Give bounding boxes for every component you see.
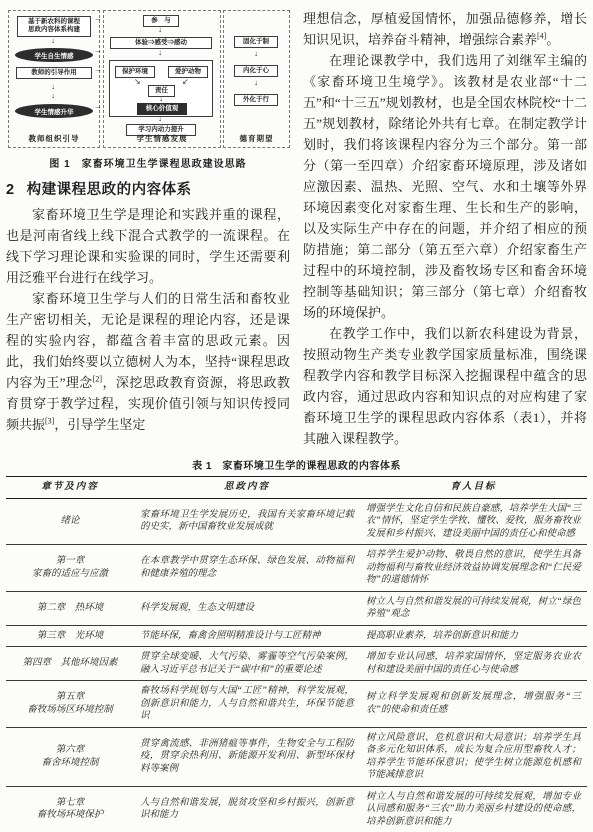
- arrow-right-icon: →: [94, 103, 102, 111]
- paragraph-text: 。: [546, 32, 559, 47]
- arrow-down-icon: ↓: [51, 92, 55, 100]
- cell-ideology-content: 节能环保，畜禽舍照明精准设计与工匠精神: [134, 625, 360, 647]
- table-title: 表 1 家畜环境卫生学的课程思政的内容体系: [6, 457, 587, 472]
- col-header-ideology-content: 思政内容: [134, 477, 360, 499]
- table-row: 绪论 家畜环境卫生学发展历史，我国有关家畜环境记载的史实，新中国畜牧业发展成就 …: [6, 498, 587, 545]
- arrow-diagonal-icon: ↙: [182, 78, 189, 86]
- section-label-student-emotion: 学生情感发展: [104, 133, 220, 144]
- arrow-down-icon: ↓: [254, 79, 258, 87]
- citation-ref: [4]: [537, 32, 546, 41]
- figure-caption: 图 1 家畜环境卫生学课程思政建设思路: [6, 155, 290, 170]
- body-paragraph: 家畜环境卫生学与人们的日常生活和畜牧业生产密切相关，无论是课程的理论内容，还是课…: [6, 288, 290, 435]
- citation-ref: [3]: [45, 417, 54, 426]
- section-label-teacher-guidance: 教师组织引导: [9, 133, 99, 144]
- cell-chapter: 绪论: [6, 498, 134, 545]
- cell-ideology-content: 人与自然和谐发展，脱贫攻坚和乡村振兴，创新意识和能力: [134, 786, 360, 832]
- figure-1-diagram: 基于新农科的课程 思政内容体系构建 ↓ 学生自生情感 教师的引导作用 ↓ ↓ 学…: [6, 8, 290, 150]
- right-column: 理想信念，厚植爱国情怀，加强品德修养，增长知识见识，培养奋斗精神，增强综合素养[…: [303, 8, 587, 449]
- node-student-emotion-sublimation: 学生情感升华: [15, 104, 93, 118]
- arrow-right-icon: →: [94, 66, 102, 74]
- body-paragraph: 在教学工作中，我们以新农科建设为背景，按照动物生产类专业教学国家质量标准，围绕课…: [303, 323, 587, 449]
- section-number: 2: [6, 182, 15, 198]
- body-paragraph: 家畜环境卫生学是理论和实践并重的课程，也是河南省线上线下混合式教学的一流课程。在…: [6, 204, 290, 288]
- arrow-down-icon: ↓: [51, 83, 55, 91]
- cell-ideology-content: 在本章教学中贯穿生态环保、绿色发展、动物福利和健康养殖的理念: [134, 545, 360, 592]
- cell-education-goal: 培养学生爱护动物、敬畏自然的意识，使学生具备动物福利与畜牧业经济效益协调发展理念…: [360, 545, 587, 592]
- paper-page: 基于新农科的课程 思政内容体系构建 ↓ 学生自生情感 教师的引导作用 ↓ ↓ 学…: [0, 0, 593, 832]
- table-header-row: 章节及内容 思政内容 育人目标: [6, 477, 587, 499]
- arrow-right-icon: →: [94, 47, 102, 55]
- figure-1: 基于新农科的课程 思政内容体系构建 ↓ 学生自生情感 教师的引导作用 ↓ ↓ 学…: [6, 8, 290, 170]
- cell-chapter: 第一章 家畜的适应与应激: [6, 545, 134, 592]
- col-header-chapter: 章节及内容: [6, 477, 134, 499]
- cell-education-goal: 增强学生文化自信和民族自豪感，培养学生大国“三农”情怀，坚定学生学牧、懂牧、爱牧…: [360, 498, 587, 545]
- col-header-education-goal: 育人目标: [360, 477, 587, 499]
- arrow-down-icon: ↓: [158, 115, 162, 123]
- cell-ideology-content: 家畜环境卫生学发展历史，我国有关家畜环境记载的史实，新中国畜牧业发展成就: [134, 498, 360, 545]
- cell-chapter: 第三章 光环境: [6, 625, 134, 647]
- cell-ideology-content: 科学发展观，生态文明建设: [134, 591, 360, 625]
- cell-education-goal: 树立科学发展观和创新发展理念，增强服务“三农”的使命和责任感: [360, 681, 587, 728]
- table-row: 第五章 畜牧场场区环境控制 畜牧场科学规划与大国“工匠”精神，科学发展观，创新意…: [6, 681, 587, 728]
- node-core-values: 核心价值观: [137, 103, 187, 115]
- node-solidify-in-system: 固化于制: [234, 36, 278, 48]
- arrow-down-icon: ↓: [254, 50, 258, 58]
- cell-education-goal: 树立人与自然和谐发展的可持续发展观，树立“绿色养殖”观念: [360, 591, 587, 625]
- section-heading: 2构建课程思政的内容体系: [6, 178, 290, 199]
- node-teacher-guide-role: 教师的引导作用: [16, 67, 92, 79]
- left-column: 基于新农科的课程 思政内容体系构建 ↓ 学生自生情感 教师的引导作用 ↓ ↓ 学…: [6, 8, 290, 449]
- section-title: 构建课程思政的内容体系: [27, 182, 192, 198]
- table-row: 第二章 热环境 科学发展观，生态文明建设 树立人与自然和谐发展的可持续发展观，树…: [6, 591, 587, 625]
- table-1: 章节及内容 思政内容 育人目标 绪论 家畜环境卫生学发展历史，我国有关家畜环境记…: [6, 476, 587, 832]
- cell-education-goal: 树立风险意识、危机意识和大局意识；培养学生具备多元化知识体系，成长为复合应用型畜…: [360, 727, 587, 786]
- cell-chapter: 第五章 畜牧场场区环境控制: [6, 681, 134, 728]
- paragraph-text: ，引导学生坚定: [54, 417, 145, 432]
- arrow-down-icon: ↓: [158, 26, 162, 34]
- table-row: 第三章 光环境 节能环保，畜禽舍照明精准设计与工匠精神 提高职业素养，培养创新意…: [6, 625, 587, 647]
- arrow-right-icon: →: [94, 15, 102, 23]
- table-1-area: 表 1 家畜环境卫生学的课程思政的内容体系 章节及内容 思政内容 育人目标 绪论…: [6, 457, 587, 832]
- arrow-down-icon: ↓: [159, 95, 163, 103]
- table-row: 第六章 畜舍环境控制 贯穿禽流感、非洲猪瘟等事件，生物安全与工程防疫，贯穿余热利…: [6, 727, 587, 786]
- body-paragraph: 在理论课教学中，我们选用了刘继军主编的《家畜环境卫生境学》。该教材是农业部“十二…: [303, 50, 587, 323]
- cell-chapter: 第四章 其他环境因素: [6, 647, 134, 681]
- node-student-self-emotion: 学生自生情感: [15, 48, 93, 62]
- table-row: 第七章 畜牧场环境保护 人与自然和谐发展，脱贫攻坚和乡村振兴，创新意识和能力 树…: [6, 786, 587, 832]
- cell-ideology-content: 畜牧场科学规划与大国“工匠”精神，科学发展观，创新意识和能力，人与自然和谐共生，…: [134, 681, 360, 728]
- cell-chapter: 第七章 畜牧场环境保护: [6, 786, 134, 832]
- table-row: 第四章 其他环境因素 贯穿全球变暖、大气污染、雾霾等空气污染案例，融入习近平总书…: [6, 647, 587, 681]
- two-column-text-area: 基于新农科的课程 思政内容体系构建 ↓ 学生自生情感 教师的引导作用 ↓ ↓ 学…: [6, 8, 587, 449]
- section-label-moral-expectation: 德育期望: [224, 133, 289, 144]
- body-paragraph: 理想信念，厚植爱国情怀，加强品德修养，增长知识见识，培养奋斗精神，增强综合素养[…: [303, 8, 587, 50]
- node-values-container: 保护环境 爱护动物 ↘ ↙ 责任 ↓ 核心价值观: [109, 60, 213, 117]
- cell-ideology-content: 贯穿全球变暖、大气污染、雾霾等空气污染案例，融入习近平总书记关于“碳中和”的重要…: [134, 647, 360, 681]
- cell-chapter: 第二章 热环境: [6, 591, 134, 625]
- cell-education-goal: 树立人与自然和谐发展的可持续发展观，增加专业认同感和服务“三农”助力美丽乡村建设…: [360, 786, 587, 832]
- node-externalize-in-action: 外化于行: [234, 94, 278, 106]
- arrow-down-icon: ↓: [158, 49, 162, 57]
- citation-ref: [2]: [93, 375, 102, 384]
- cell-education-goal: 提高职业素养，培养创新意识和能力: [360, 625, 587, 647]
- cell-education-goal: 增加专业认同感，培养家国情怀，坚定服务农业农村和建设美丽中国的责任心与使命感: [360, 647, 587, 681]
- diagram-section-moral-expectation: 固化于制 ↓ 内化于心 ↓ 外化于行 德育期望: [223, 10, 290, 148]
- arrow-diagonal-icon: ↘: [134, 78, 141, 86]
- node-internalize-in-heart: 内化于心: [234, 65, 278, 77]
- diagram-section-student-emotion: 参 与 ↓ 体验⇒感受⇒感动 ↓ 保护环境 爱护动物 ↘ ↙ 责任 ↓ 核心价值…: [103, 10, 221, 148]
- cell-chapter: 第六章 畜舍环境控制: [6, 727, 134, 786]
- diagram-section-teacher-guidance: 基于新农科的课程 思政内容体系构建 ↓ 学生自生情感 教师的引导作用 ↓ ↓ 学…: [8, 10, 100, 148]
- cell-ideology-content: 贯穿禽流感、非洲猪瘟等事件，生物安全与工程防疫，贯穿余热利用、新能源开发利用、新…: [134, 727, 360, 786]
- arrow-down-icon: ↓: [51, 37, 55, 45]
- table-row: 第一章 家畜的适应与应激 在本章教学中贯穿生态环保、绿色发展、动物福利和健康养殖…: [6, 545, 587, 592]
- node-curriculum-system-box: 基于新农科的课程 思政内容体系构建: [17, 16, 91, 37]
- paragraph-text: 理想信念，厚植爱国情怀，加强品德修养，增长知识见识，培养奋斗精神，增强综合素养: [303, 11, 587, 47]
